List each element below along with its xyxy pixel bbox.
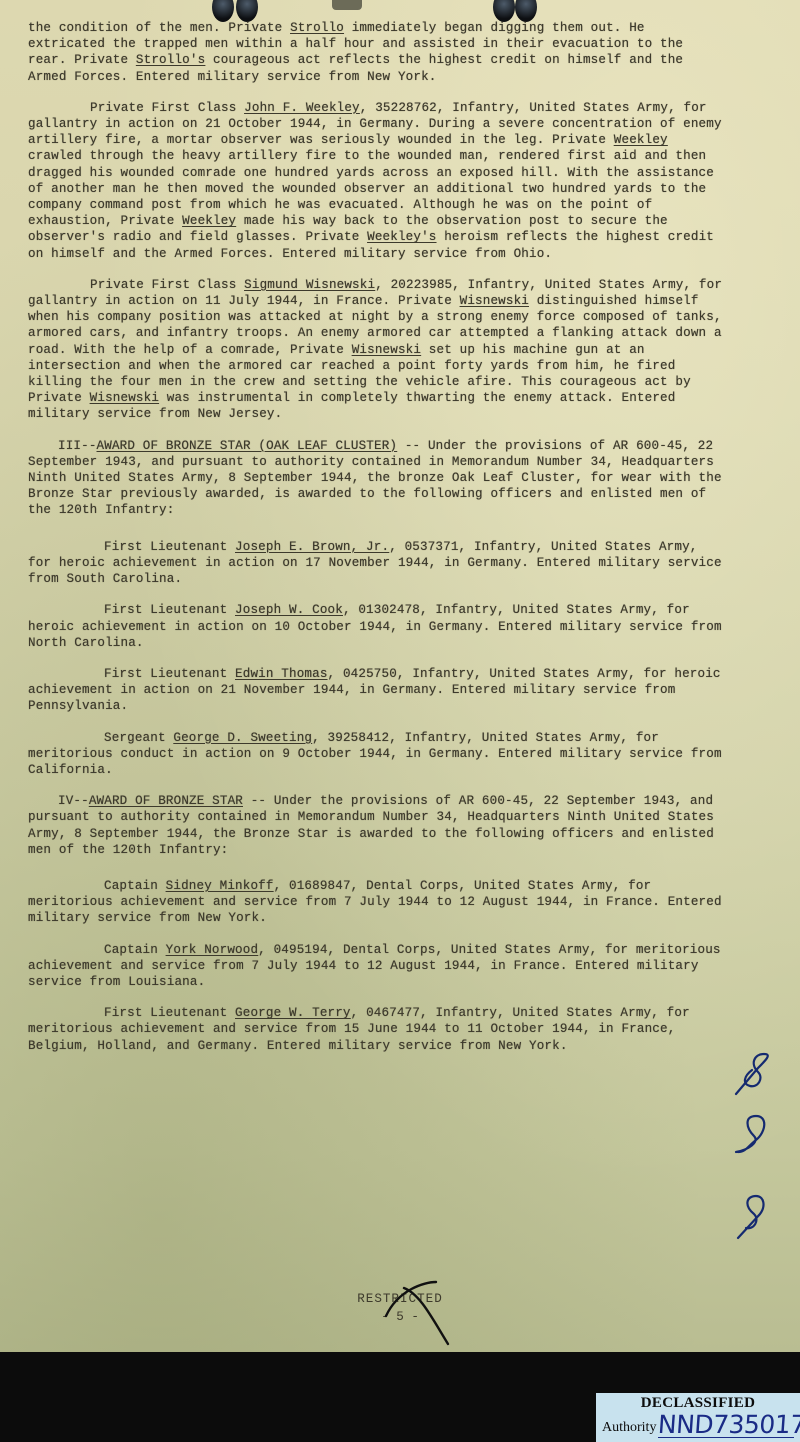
underlined-name: Strollo [290, 21, 344, 35]
document-body: the condition of the men. Private Stroll… [28, 20, 728, 1069]
citation-paragraph: First Lieutenant Joseph E. Brown, Jr., 0… [28, 539, 728, 588]
underlined-name: Wisnewski [352, 343, 421, 357]
citation-paragraph: Private First Class John F. Weekley, 352… [28, 100, 728, 262]
underlined-name: Strollo's [136, 53, 205, 67]
stamp-authority-label: Authority [602, 1420, 656, 1436]
underlined-name: Weekley [182, 214, 236, 228]
text-run: First Lieutenant [104, 603, 235, 617]
stamp-underline [658, 1437, 794, 1438]
citation-paragraph: Sergeant George D. Sweeting, 39258412, I… [28, 730, 728, 779]
punch-hole [236, 0, 258, 22]
text-run: Private First Class [90, 278, 244, 292]
stamp-authority-value: NND735017 [657, 1410, 800, 1439]
text-run: Captain [104, 943, 166, 957]
citation-paragraph: Captain Sidney Minkoff, 01689847, Dental… [28, 878, 728, 927]
underlined-name: Edwin Thomas [235, 667, 328, 681]
handwritten-mark-icon [730, 1112, 780, 1160]
underlined-name: Joseph W. Cook [235, 603, 343, 617]
citation-paragraph: First Lieutenant Joseph W. Cook, 0130247… [28, 602, 728, 651]
underlined-name: John F. Weekley [244, 101, 360, 115]
handwritten-mark-icon [728, 1050, 778, 1100]
underlined-name: George W. Terry [235, 1006, 351, 1020]
citation-paragraph: Captain York Norwood, 0495194, Dental Co… [28, 942, 728, 991]
text-run: IV-- [58, 794, 89, 808]
citation-paragraph: Private First Class Sigmund Wisnewski, 2… [28, 277, 728, 423]
underlined-name: Wisnewski [90, 391, 159, 405]
text-run: III-- [58, 439, 97, 453]
document-page: the condition of the men. Private Stroll… [0, 0, 800, 1352]
text-run: Captain [104, 879, 166, 893]
punch-hole [515, 0, 537, 22]
text-run: First Lieutenant [104, 540, 235, 554]
section-heading-paragraph: III--AWARD OF BRONZE STAR (OAK LEAF CLUS… [28, 438, 728, 519]
underlined-name: George D. Sweeting [173, 731, 312, 745]
text-run: Private First Class [90, 101, 244, 115]
underlined-name: Weekley [614, 133, 668, 147]
underlined-name: York Norwood [166, 943, 259, 957]
punch-hole [212, 0, 234, 22]
declassified-stamp: DECLASSIFIED Authority NND735017 [596, 1393, 800, 1442]
citation-paragraph: First Lieutenant Edwin Thomas, 0425750, … [28, 666, 728, 715]
underlined-name: AWARD OF BRONZE STAR [89, 794, 243, 808]
underlined-name: Sidney Minkoff [166, 879, 274, 893]
text-run: First Lieutenant [104, 667, 235, 681]
underlined-name: Weekley's [367, 230, 436, 244]
underlined-name: Joseph E. Brown, Jr. [235, 540, 389, 554]
continuation-paragraph: the condition of the men. Private Stroll… [28, 20, 728, 85]
punch-hole [493, 0, 515, 22]
staple-mark [332, 0, 362, 10]
underlined-name: Sigmund Wisnewski [244, 278, 375, 292]
underlined-name: Wisnewski [460, 294, 529, 308]
text-run: Sergeant [104, 731, 173, 745]
citation-paragraph: First Lieutenant George W. Terry, 046747… [28, 1005, 728, 1054]
text-run: the condition of the men. Private [28, 21, 290, 35]
pen-stroke-icon [380, 1278, 460, 1348]
section-heading-paragraph: IV--AWARD OF BRONZE STAR -- Under the pr… [28, 793, 728, 858]
text-run: First Lieutenant [104, 1006, 235, 1020]
underlined-name: AWARD OF BRONZE STAR (OAK LEAF CLUSTER) [97, 439, 398, 453]
handwritten-mark-icon [730, 1188, 780, 1244]
